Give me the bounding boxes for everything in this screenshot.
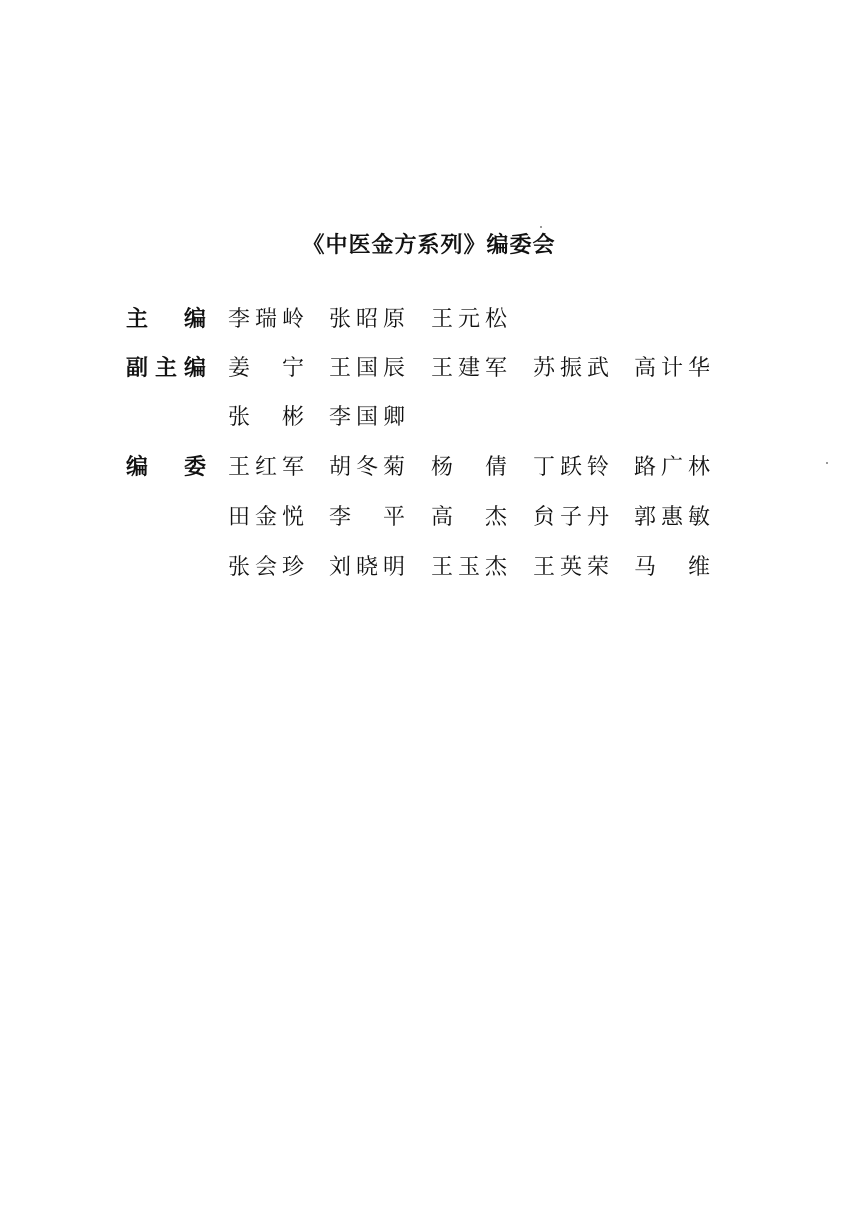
role-label: 编委 (126, 453, 206, 483)
member-name: 高杰 (431, 503, 507, 533)
member-name: 郭惠敏 (634, 503, 710, 533)
member-name: 王建军 (431, 354, 507, 384)
scan-speck (540, 226, 542, 228)
member-name: 王英荣 (533, 553, 609, 583)
member-name: 胡冬菊 (329, 453, 405, 483)
member-name: 李平 (329, 503, 405, 533)
member-name: 姜宁 (228, 354, 304, 384)
member-name: 王元松 (431, 305, 507, 335)
member-name: 贠子丹 (533, 503, 609, 533)
member-name: 苏振武 (533, 354, 609, 384)
scan-speck (826, 462, 828, 464)
member-name: 丁跃铃 (533, 453, 609, 483)
role-label: 副主编 (126, 354, 206, 384)
member-name: 高计华 (634, 354, 710, 384)
member-name: 张昭原 (329, 305, 405, 335)
member-name: 张会珍 (228, 553, 304, 583)
member-name: 路广林 (634, 453, 710, 483)
role-label: 主编 (126, 305, 206, 335)
member-name: 王国辰 (329, 354, 405, 384)
member-name: 马维 (634, 553, 710, 583)
member-name: 李国卿 (329, 403, 405, 433)
member-name: 张彬 (228, 403, 304, 433)
member-name: 田金悦 (228, 503, 304, 533)
committee-title: 《中医金方系列》编委会 (0, 228, 858, 259)
member-name: 王红军 (228, 453, 304, 483)
member-name: 杨倩 (431, 453, 507, 483)
member-name: 刘晓明 (329, 553, 405, 583)
member-name: 王玉杰 (431, 553, 507, 583)
member-name: 李瑞岭 (228, 305, 304, 335)
